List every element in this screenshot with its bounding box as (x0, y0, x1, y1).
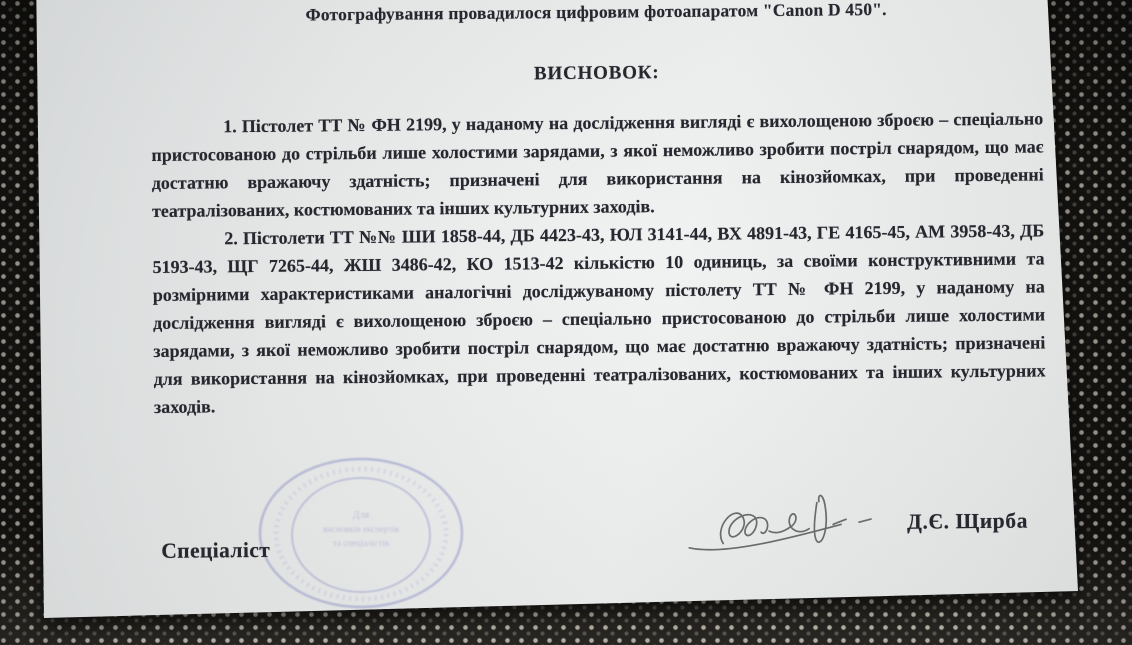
camera-info-line: Фотографування провадилося цифровим фото… (150, 0, 1042, 27)
conclusion-body: 1. Пістолет ТТ № ФН 2199, у наданому на … (151, 104, 1046, 421)
conclusion-heading: ВИСНОВОК: (151, 58, 1043, 89)
photographed-document-scene: Для висновків експертів та спеціалістів … (0, 0, 1132, 645)
signature-scribble-icon (683, 484, 914, 566)
signatory-name: Д.Є. Щирба (907, 509, 1028, 535)
specialist-label: Спеціаліст (161, 538, 270, 564)
document-text-block: Фотографування провадилося цифровим фото… (150, 0, 1048, 593)
conclusion-paragraph-2: 2. Пістолети ТТ №№ ШИ 1858-44, ДБ 4423-4… (152, 216, 1046, 421)
conclusion-paragraph-1: 1. Пістолет ТТ № ФН 2199, у наданому на … (151, 104, 1044, 225)
signature-row: Спеціаліст Д.Є. Щирба (155, 472, 1048, 593)
